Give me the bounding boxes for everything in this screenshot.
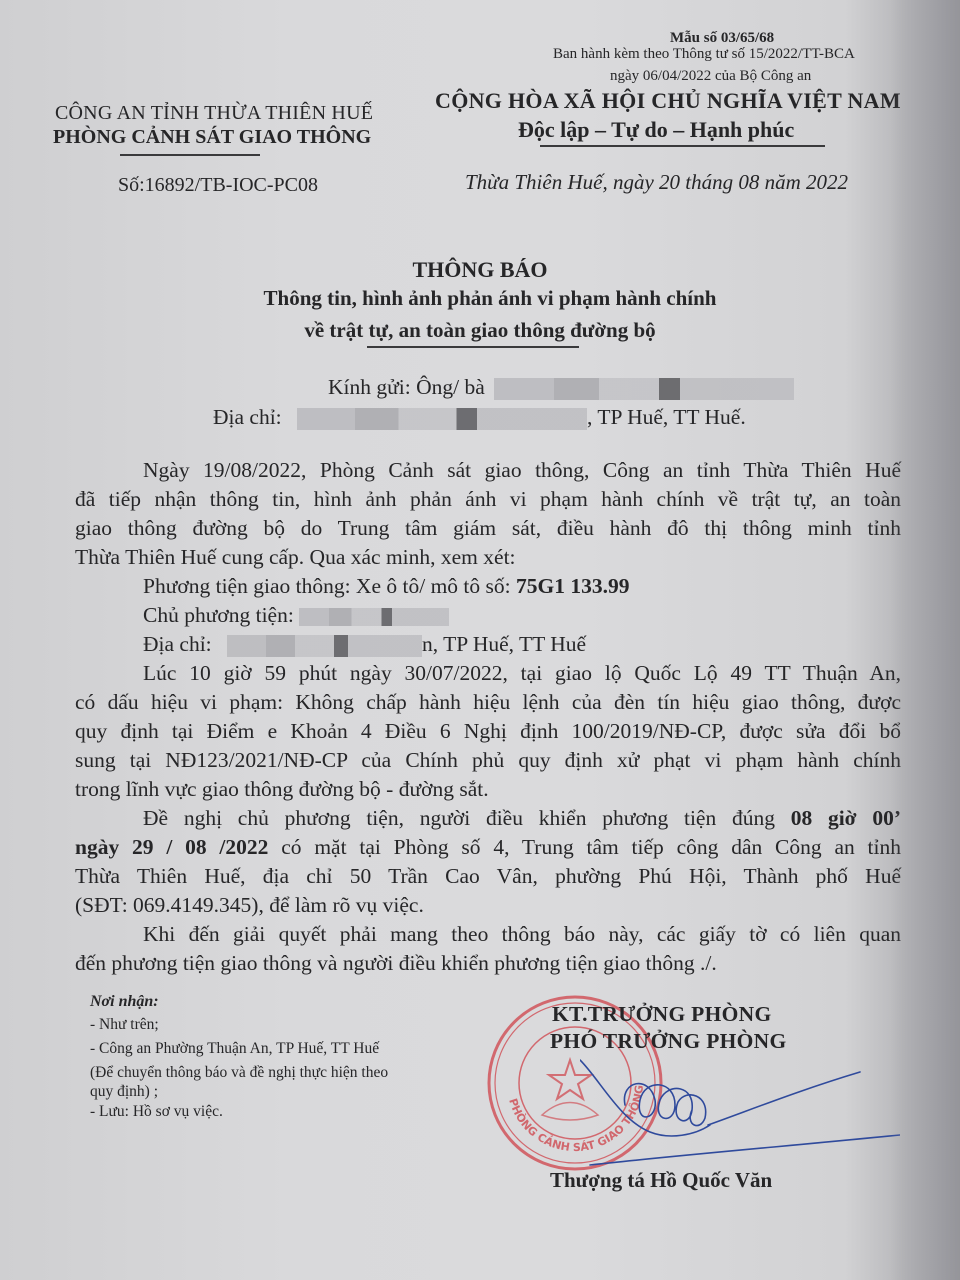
redacted-address [297,408,587,430]
motto-underline [540,145,825,147]
agency-underline [120,154,260,156]
handwritten-signature-icon [580,1050,900,1170]
para1-line: Thừa Thiên Huế cung cấp. Qua xác minh, x… [75,545,516,570]
redacted-owner [299,608,449,626]
owner-label: Chủ phương tiện: [143,603,294,627]
agency-parent: CÔNG AN TỈNH THỪA THIÊN HUẾ [55,102,373,125]
signer-name: Thượng tá Hồ Quốc Văn [550,1168,772,1193]
owner-address-line: Địa chỉ: n, TP Huế, TT Huế [143,632,586,657]
request-line: Đề nghị chủ phương tiện, người điều khiể… [143,806,901,831]
vehicle-label: Phương tiện giao thông: Xe ô tô/ mô tô s… [143,574,516,598]
issued-with-line2: ngày 06/04/2022 của Bộ Công an [610,68,811,85]
vehicle-line: Phương tiện giao thông: Xe ô tô/ mô tô s… [143,574,629,599]
para1-line: đã tiếp nhận thông tin, hình ảnh phản án… [75,487,901,512]
para1-line: giao thông đường bộ do Trung tâm giám sá… [75,516,901,541]
place-date: Thừa Thiên Huế, ngày 20 tháng 08 năm 202… [465,170,848,195]
violation-line: quy định tại Điểm e Khoản 4 Điều 6 Nghị … [75,719,901,744]
request-line: Thừa Thiên Huế, địa chỉ 50 Trần Cao Vân,… [75,864,901,889]
plate-number: 75G1 133.99 [516,574,629,598]
recipient-item: quy định) ; [90,1083,158,1101]
recipient-item: - Như trên; [90,1016,159,1034]
request-time: 08 giờ 00’ [791,806,901,830]
agency-name: PHÒNG CẢNH SÁT GIAO THÔNG [53,126,371,149]
addressee-line: Kính gửi: Ông/ bà [328,375,794,400]
recipient-item: (Để chuyển thông báo và đề nghị thực hiệ… [90,1064,388,1082]
redacted-name [494,378,794,400]
recipients-label: Nơi nhận: [90,993,159,1011]
document-number: Số:16892/TB-IOC-PC08 [118,174,318,197]
greeting-label: Kính gửi: Ông/ bà [328,375,485,399]
owner-line: Chủ phương tiện: [143,603,449,628]
address-line: Địa chỉ: , TP Huế, TT Huế. [213,405,746,430]
recipient-item: - Lưu: Hồ sơ vụ việc. [90,1103,223,1121]
para1-line: Ngày 19/08/2022, Phòng Cảnh sát giao thô… [143,458,901,483]
violation-line: có dấu hiệu vi phạm: Không chấp hành hiệ… [75,690,901,715]
violation-line: sung tại NĐ123/2021/NĐ-CP của Chính phủ … [75,748,901,773]
national-motto: Độc lập – Tự do – Hạnh phúc [518,117,794,143]
title-underline [367,346,579,348]
closing-line: Khi đến giải quyết phải mang theo thông … [143,922,901,947]
document-subtitle-line1: Thông tin, hình ảnh phản ánh vi phạm hàn… [0,286,960,311]
request-date: ngày 29 / 08 /2022 [75,835,268,859]
form-number: Mẫu số 03/65/68 [670,30,774,47]
recipient-item: - Công an Phường Thuận An, TP Huế, TT Hu… [90,1040,379,1058]
owner-address-suffix: n, TP Huế, TT Huế [422,632,586,656]
document-title: THÔNG BÁO [0,257,960,283]
republic-name: CỘNG HÒA XÃ HỘI CHỦ NGHĨA VIỆT NAM [435,88,901,114]
address-label: Địa chỉ: [213,405,282,429]
violation-line: trong lĩnh vực giao thông đường bộ - đườ… [75,777,489,802]
request-line: ngày 29 / 08 /2022 có mặt tại Phòng số 4… [75,835,901,860]
address-suffix: , TP Huế, TT Huế. [587,405,746,429]
document-subtitle-line2: về trật tự, an toàn giao thông đường bộ [0,318,960,343]
page-shadow [890,0,960,1280]
request-line: (SĐT: 069.4149.345), để làm rõ vụ việc. [75,893,424,918]
closing-line: đến phương tiện giao thông và người điều… [75,951,717,976]
signature-title-line1: KT.TRƯỞNG PHÒNG [552,1002,772,1027]
owner-address-label: Địa chỉ: [143,632,212,656]
request-location: có mặt tại Phòng số 4, Trung tâm tiếp cô… [268,835,901,859]
redacted-owner-address [227,635,422,657]
violation-line: Lúc 10 giờ 59 phút ngày 30/07/2022, tại … [143,661,901,686]
request-text: Đề nghị chủ phương tiện, người điều khiể… [143,806,791,830]
issued-with-line1: Ban hành kèm theo Thông tư số 15/2022/TT… [553,46,855,63]
